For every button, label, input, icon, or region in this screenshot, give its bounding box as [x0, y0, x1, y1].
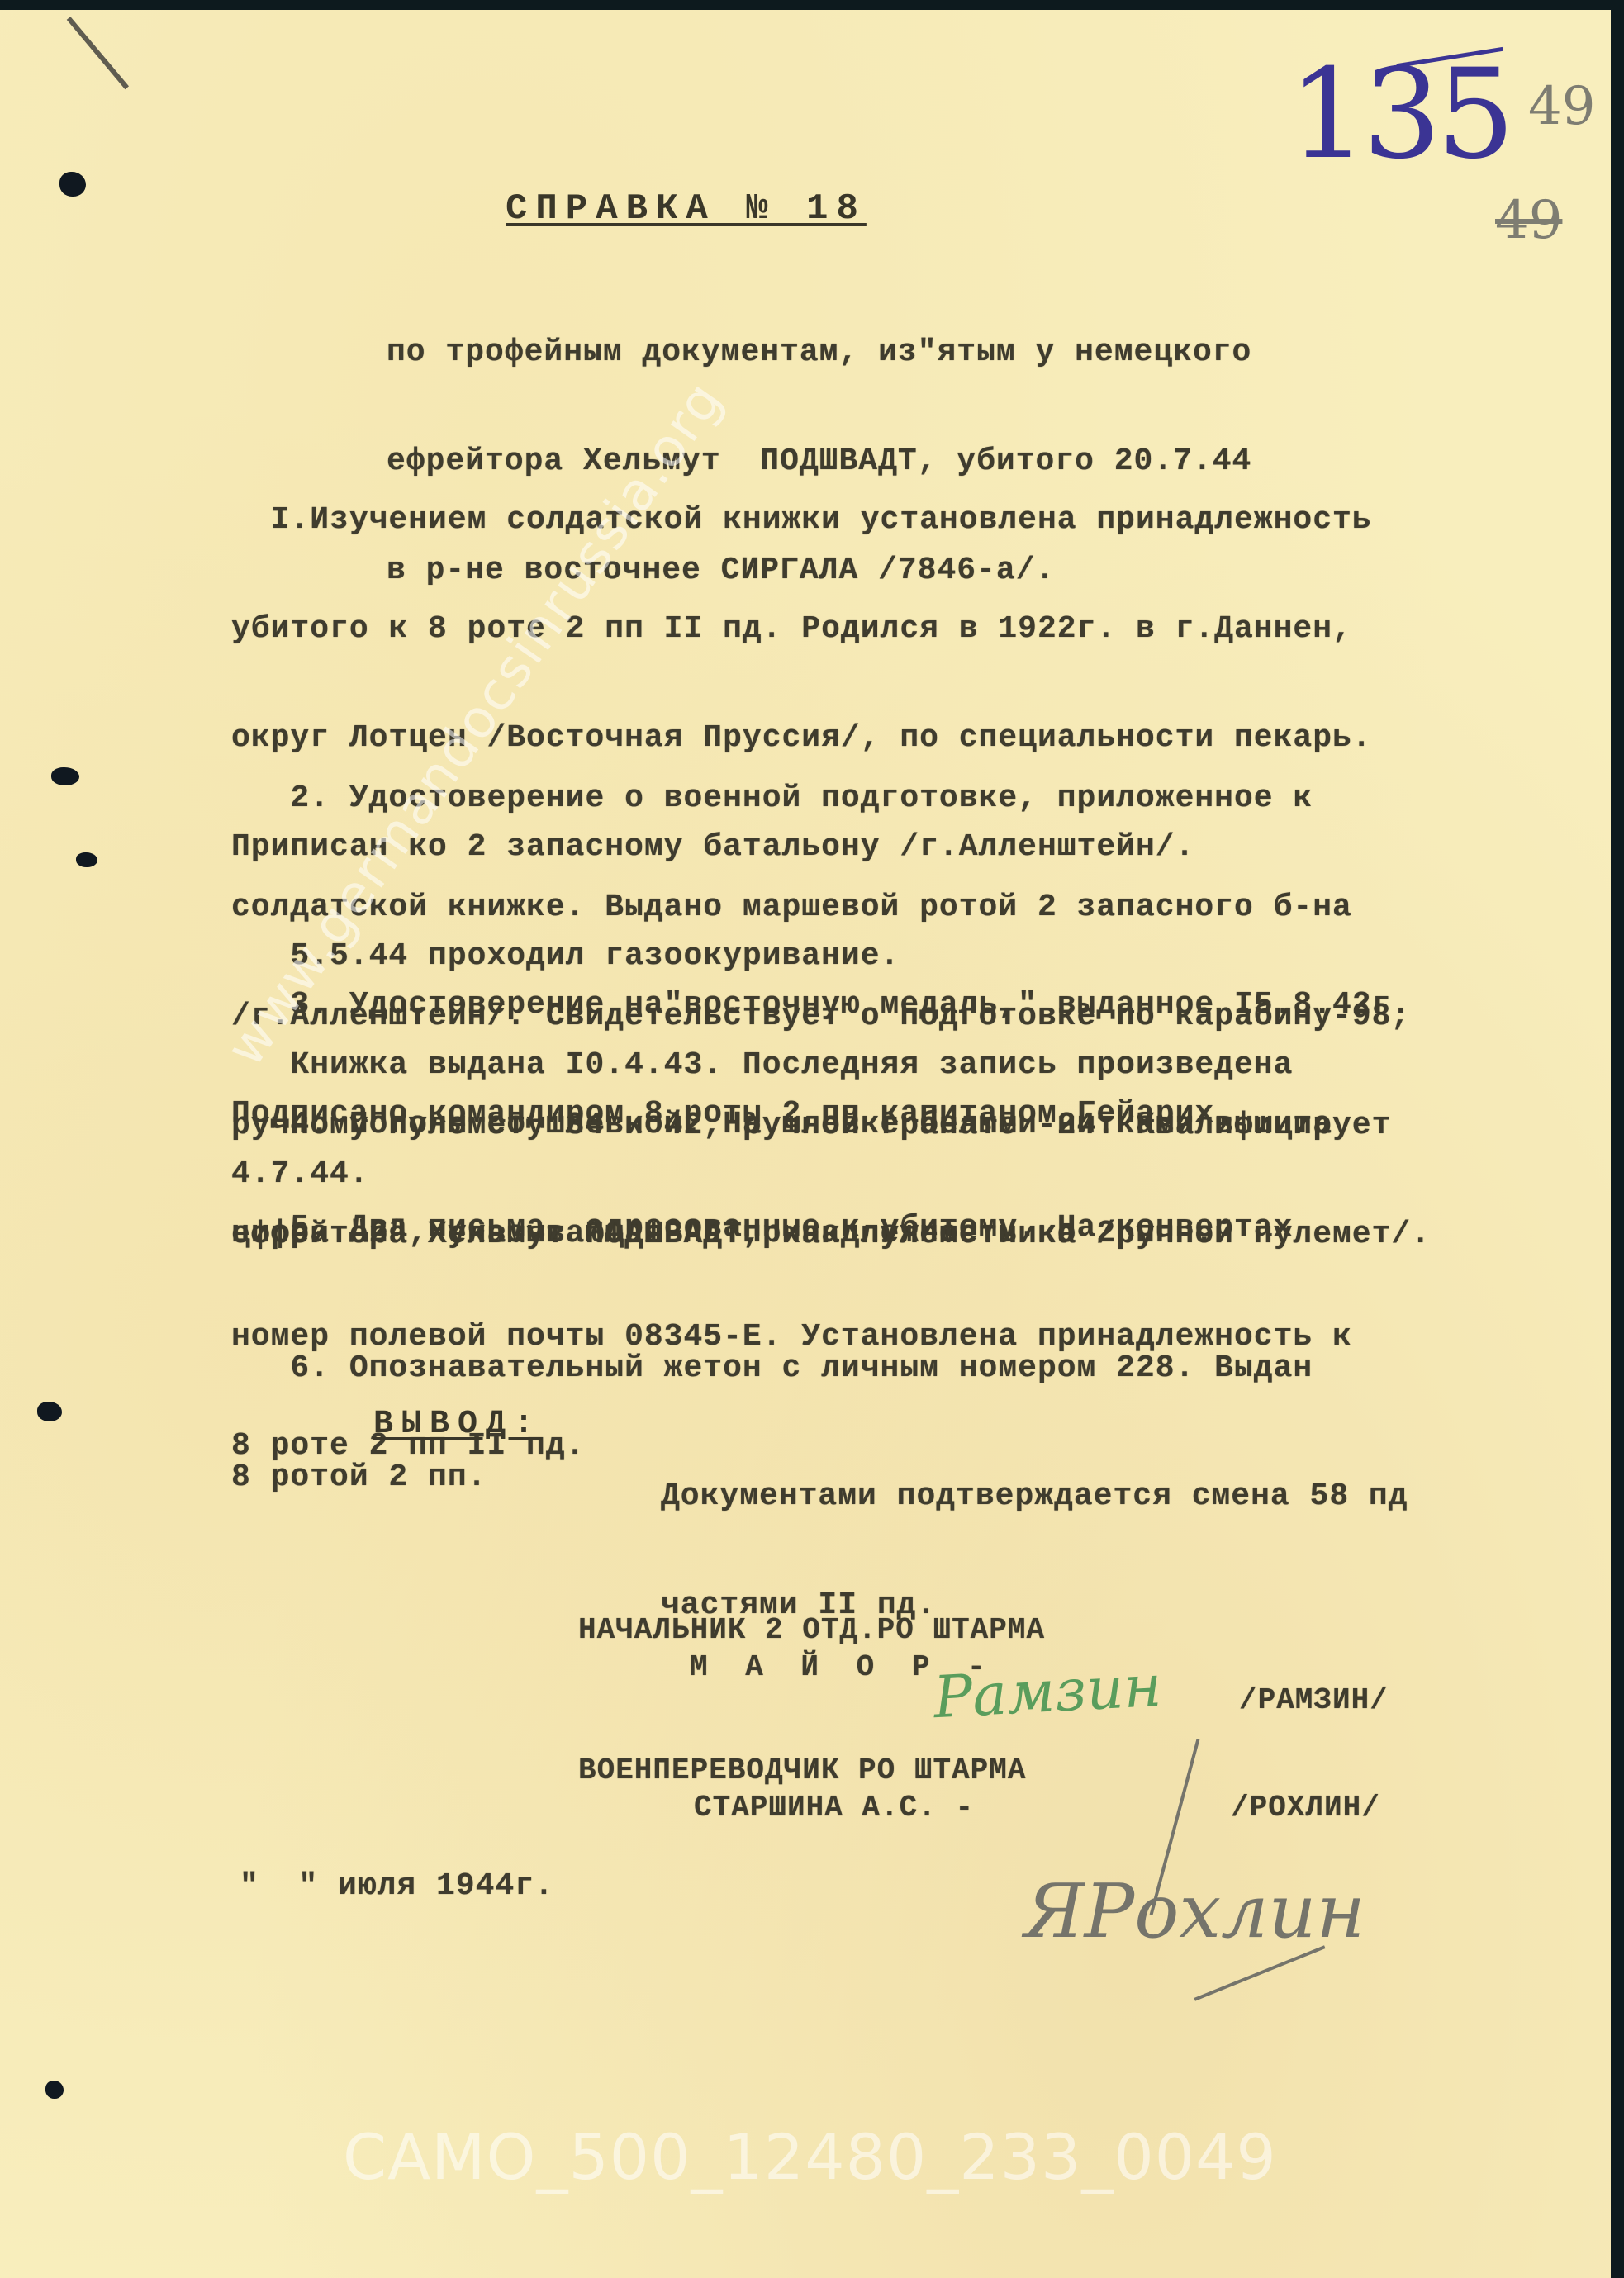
pencil-page-number: 49	[1528, 76, 1595, 137]
punch-hole	[76, 852, 97, 867]
signature-name-2: /РОХЛИН/	[1231, 1790, 1380, 1826]
pencil-mark	[67, 17, 129, 89]
handwritten-signature-green: Рамзин	[932, 1652, 1163, 1731]
punch-hole	[37, 1402, 62, 1421]
punch-hole	[59, 172, 86, 197]
scan-border-right	[1611, 0, 1624, 2278]
signature-position-1: НАЧАЛЬНИК 2 ОТД.РО ШТАРМА	[578, 1612, 1045, 1649]
signature-rank-2: СТАРШИНА А.С. -	[694, 1790, 974, 1826]
text-line: убитого к 8 роте 2 пп II пд. Родился в 1…	[231, 611, 1372, 648]
watermark-archive-id: CAMO_500_12480_233_0049	[343, 2120, 1277, 2194]
punch-hole	[45, 2081, 64, 2099]
text-line: I.Изучением солдатской книжки установлен…	[231, 502, 1372, 539]
date-line: " " июля 1944г.	[240, 1868, 554, 1905]
document-title: СПРАВКА № 18	[506, 188, 867, 230]
text-line: Документами подтверждается смена 58 пд	[661, 1478, 1408, 1515]
handwritten-signature-grey: ЯРохлин	[1024, 1868, 1365, 1955]
text-line: 5. Два письма, адресованные к убитому. Н…	[231, 1210, 1352, 1246]
punch-hole	[51, 767, 79, 785]
signature-position-2: ВОЕНПЕРЕВОДЧИК РО ШТАРМА	[578, 1753, 1026, 1789]
subtitle-line: по трофейным документам, из"ятым у немец…	[387, 335, 1251, 371]
document-page: 135 49 49 СПРАВКА № 18 по трофейным доку…	[0, 10, 1611, 2278]
signature-name-1: /РАМЗИН/	[1239, 1682, 1389, 1719]
pencil-page-number-crossed: 49	[1495, 190, 1562, 251]
text-line: 6. Опознавательный жетон с личным номеро…	[231, 1350, 1313, 1387]
conclusion-label: ВЫВОД:	[373, 1406, 542, 1443]
text-line: 3. Удостоверение на"восточную медаль," в…	[231, 987, 1411, 1023]
